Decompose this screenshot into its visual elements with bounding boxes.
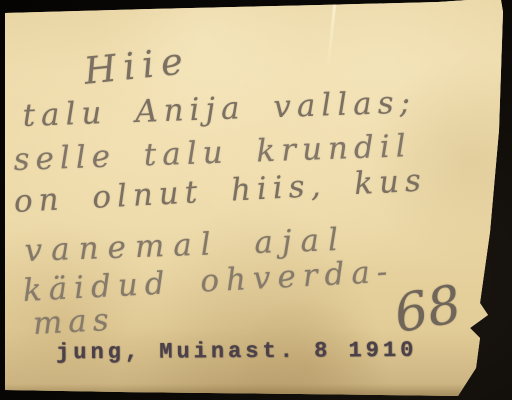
note-paper: Hiie talu Anija vallas; selle talu krund…: [0, 0, 512, 400]
handwritten-line-6: mas: [32, 302, 116, 342]
handwritten-page-number: 68: [390, 275, 466, 346]
photo-backdrop: Hiie talu Anija vallas; selle talu krund…: [0, 0, 512, 400]
paper-edge-shadow: [0, 384, 512, 396]
archive-stamp: jung, Muinast. 8 1910: [56, 338, 417, 366]
